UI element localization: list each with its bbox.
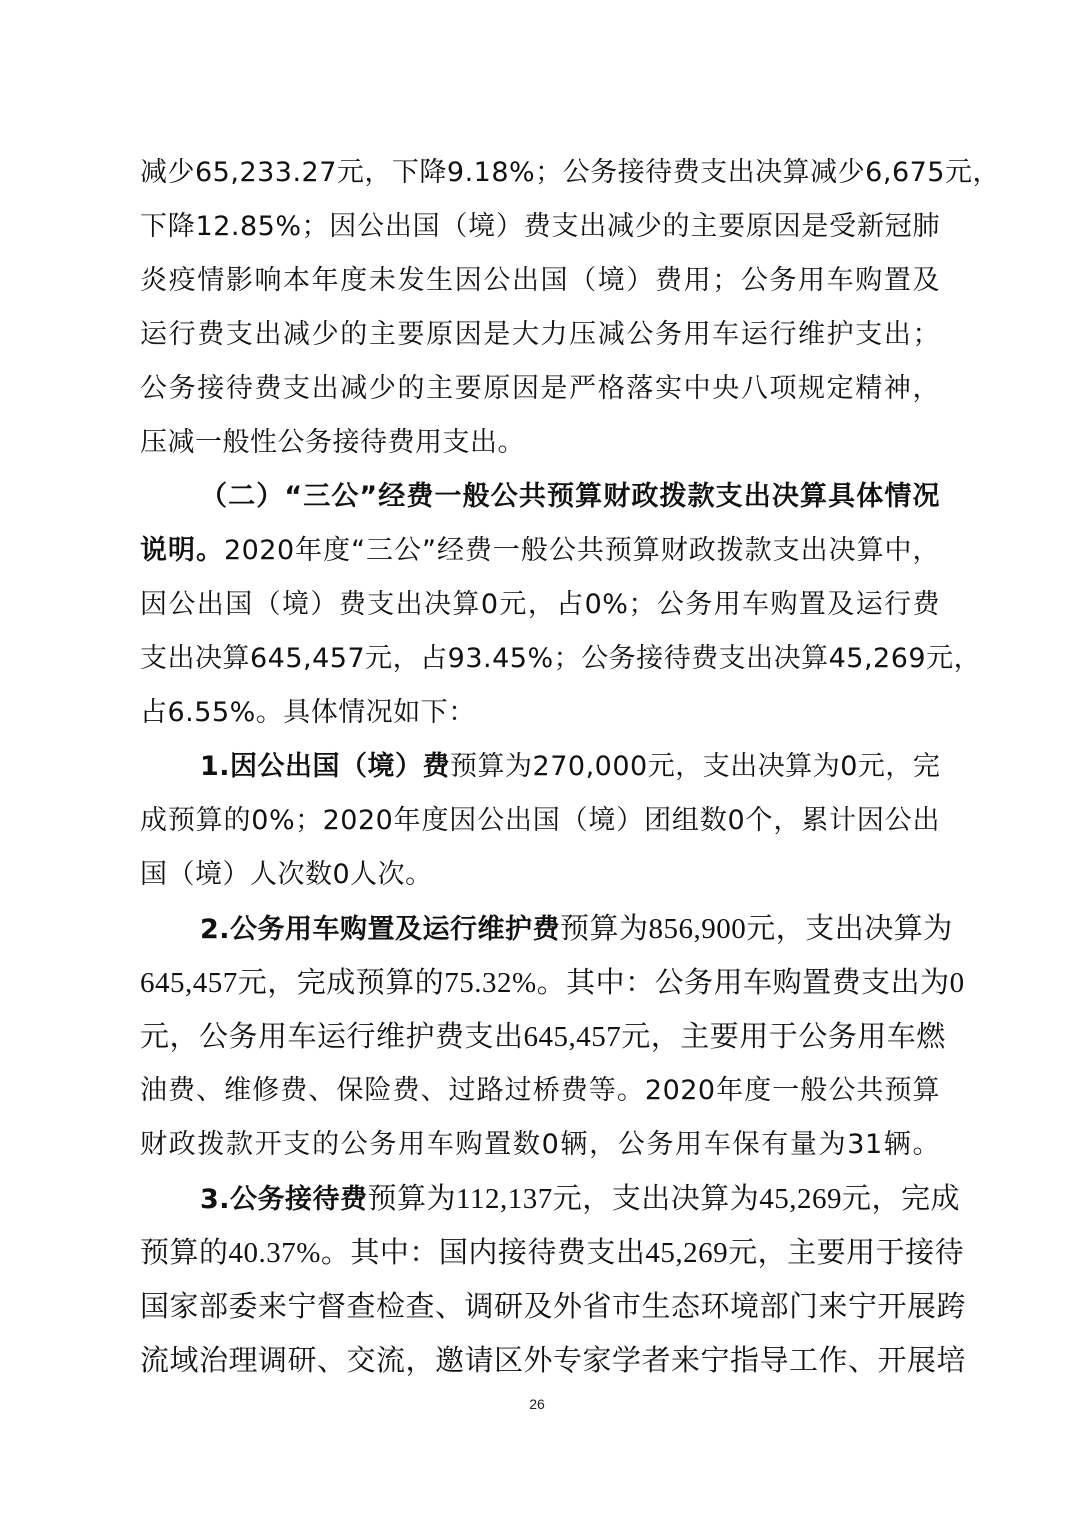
item-2-first-line: 2.公务用车购置及运行维护费预算为856,900元，支出决算为 [200, 909, 940, 949]
paragraph-line: 炎疫情影响本年度未发生因公出国（境）费用；公务用车购置及 [140, 261, 940, 301]
paragraph-line: 占6.55%。具体情况如下： [140, 693, 940, 733]
item-3-first-line: 3.公务接待费预算为112,137元，支出决算为45,269元，完成 [200, 1179, 940, 1219]
paragraph-line: 财政拨款开支的公务用车购置数0辆，公务用车保有量为31辆。 [140, 1125, 940, 1165]
item-3-text: 预算为112,137元，支出决算为45,269元，完成 [368, 1183, 960, 1215]
section-heading: （二）“三公”经费一般公共预算财政拨款支出决算具体情况 [200, 477, 940, 517]
paragraph-line: 预算的40.37%。其中：国内接待费支出45,269元，主要用于接待 [140, 1233, 940, 1273]
section-intro-line: 说明。2020年度“三公”经费一般公共预算财政拨款支出决算中， [140, 531, 940, 571]
document-page: 减少65,233.27元，下降9.18%；公务接待费支出决算减少6,675元， … [0, 0, 1074, 1520]
paragraph-line: 下降12.85%；因公出国（境）费支出减少的主要原因是受新冠肺 [140, 207, 940, 247]
paragraph-line: 公务接待费支出减少的主要原因是严格落实中央八项规定精神， [140, 369, 940, 409]
item-1-title: 1.因公出国（境）费 [200, 751, 450, 782]
page-number: 26 [0, 1396, 1074, 1412]
item-2-title: 2.公务用车购置及运行维护费 [200, 914, 560, 945]
paragraph-line: 压减一般性公务接待费用支出。 [140, 423, 940, 463]
paragraph-line: 645,457元，完成预算的75.32%。其中：公务用车购置费支出为0 [140, 963, 940, 1003]
paragraph-line: 元，公务用车运行维护费支出645,457元，主要用于公务用车燃 [140, 1017, 940, 1057]
item-1-text: 预算为270,000元，支出决算为0元，完 [450, 751, 940, 782]
item-2-text: 预算为856,900元，支出决算为 [560, 913, 953, 945]
item-1-first-line: 1.因公出国（境）费预算为270,000元，支出决算为0元，完 [200, 747, 940, 787]
paragraph-line: 成预算的0%；2020年度因公出国（境）团组数0个，累计因公出 [140, 801, 940, 841]
paragraph-line: 减少65,233.27元，下降9.18%；公务接待费支出决算减少6,675元， [140, 153, 940, 193]
paragraph-line: 油费、维修费、保险费、过路过桥费等。2020年度一般公共预算 [140, 1071, 940, 1111]
section-intro-text: 2020年度“三公”经费一般公共预算财政拨款支出决算中， [224, 535, 940, 566]
paragraph-line: 运行费支出减少的主要原因是大力压减公务用车运行维护支出； [140, 315, 940, 355]
item-3-title: 3.公务接待费 [200, 1184, 368, 1215]
paragraph-line: 支出决算645,457元，占93.45%；公务接待费支出决算45,269元， [140, 639, 940, 679]
paragraph-line: 国家部委来宁督查检查、调研及外省市生态环境部门来宁开展跨 [140, 1287, 940, 1327]
paragraph-line: 国（境）人次数0人次。 [140, 855, 940, 895]
paragraph-line: 流域治理调研、交流，邀请区外专家学者来宁指导工作、开展培 [140, 1341, 940, 1381]
paragraph-line: 因公出国（境）费支出决算0元，占0%；公务用车购置及运行费 [140, 585, 940, 625]
section-heading-tail: 说明。 [140, 535, 224, 566]
